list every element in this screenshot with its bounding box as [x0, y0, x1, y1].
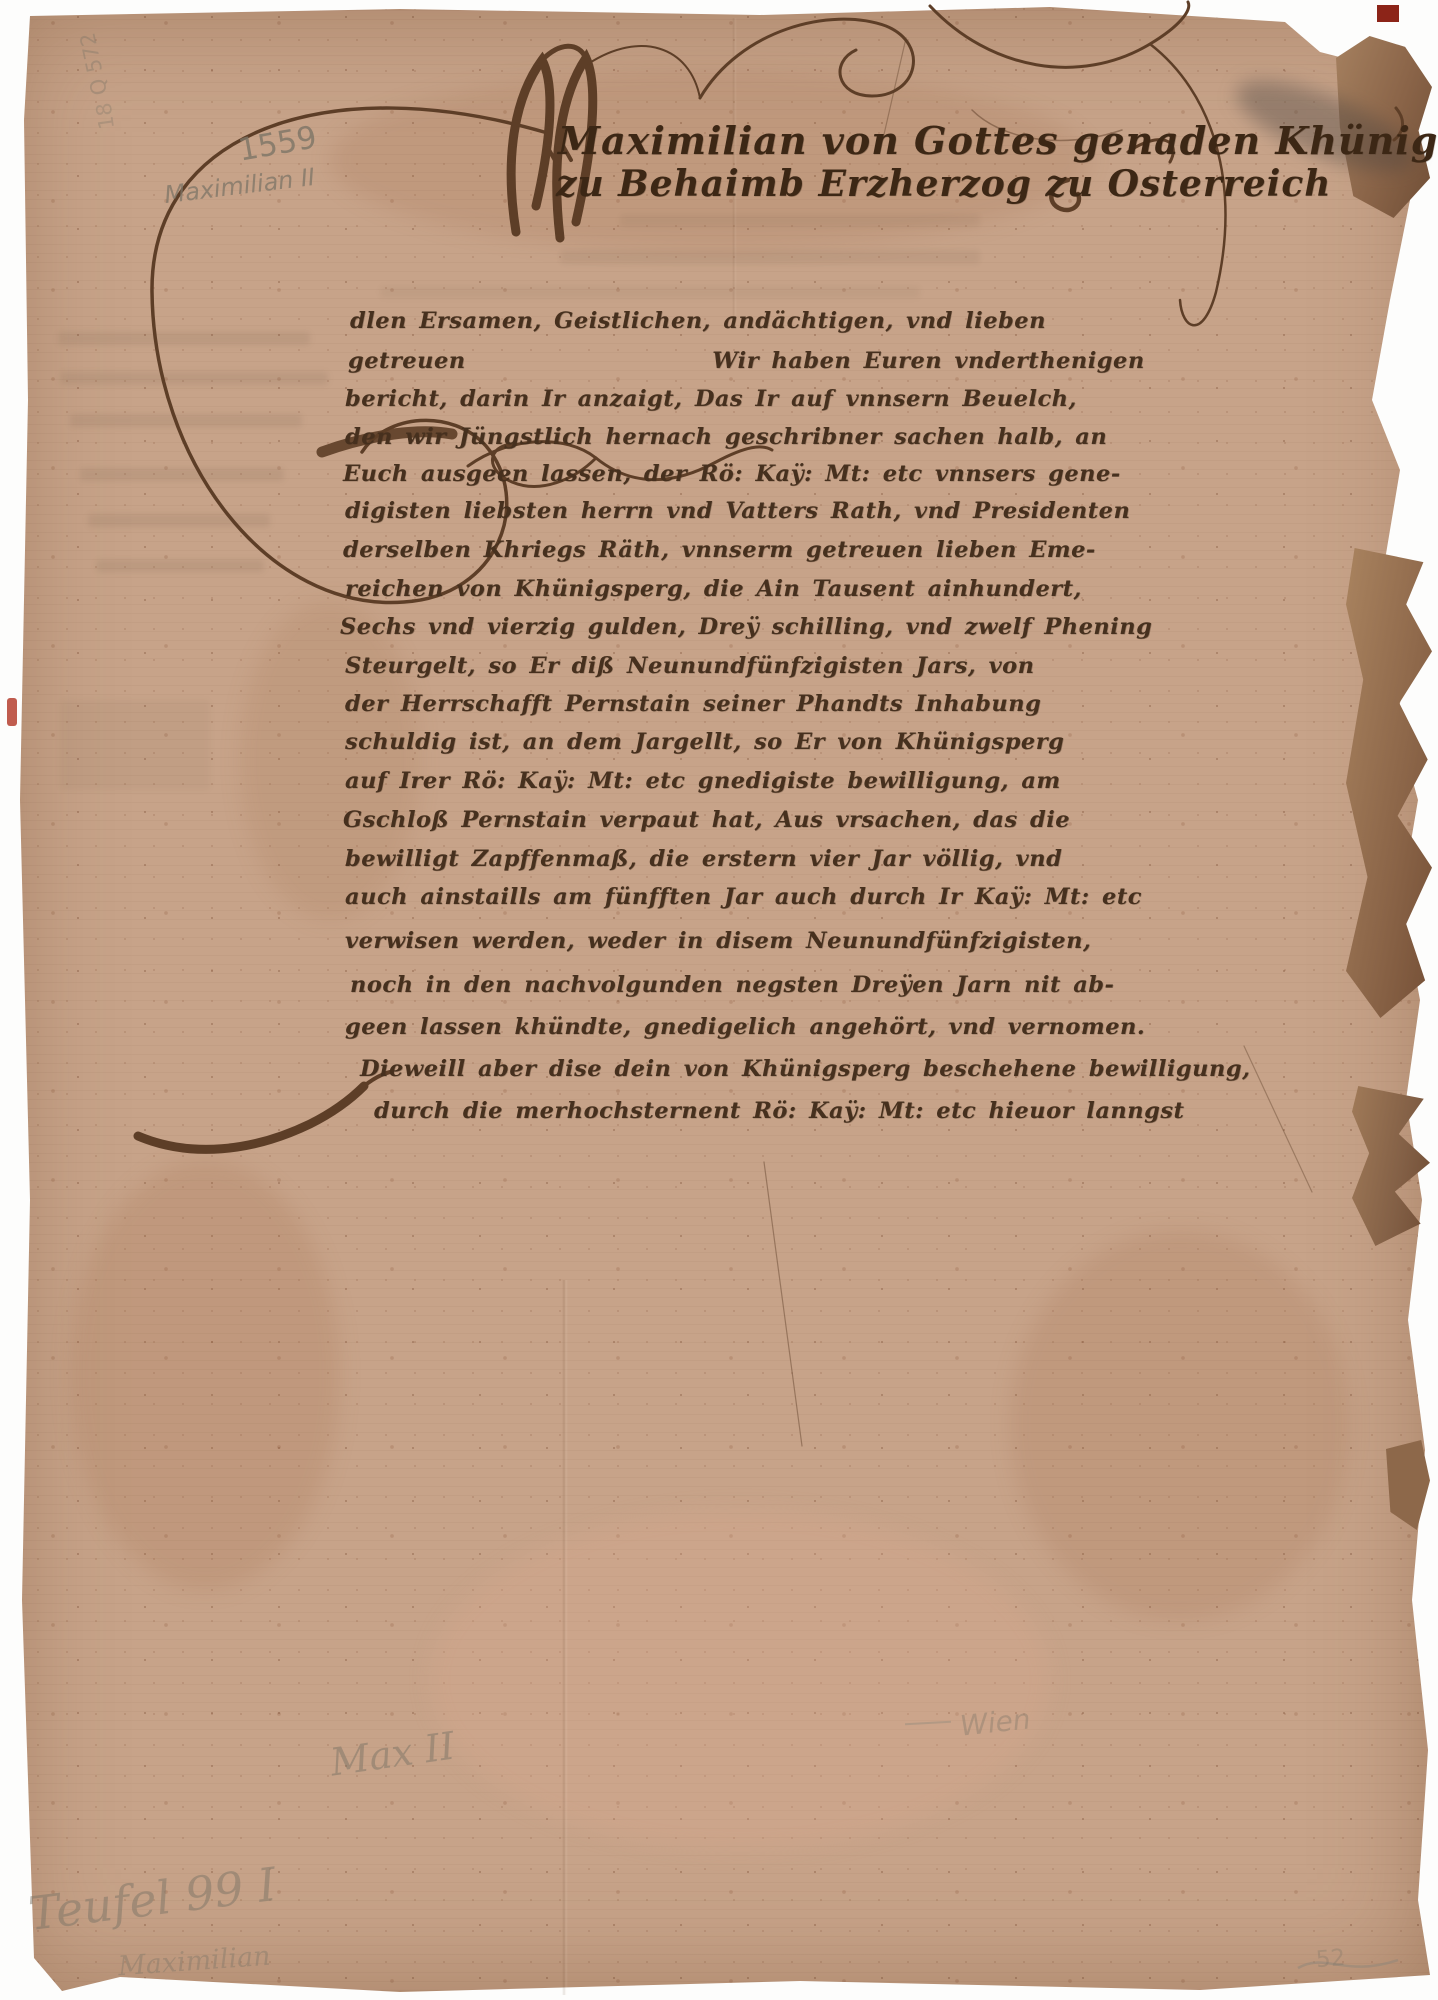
manuscript-line: Euch ausgeen lassen, der Rö: Kaÿ: Mt: et… — [343, 461, 1121, 487]
manuscript-line: Gschloß Pernstain verpaut hat, Aus vrsac… — [343, 807, 1070, 833]
manuscript-line: verwisen werden, weder in disem Neunundf… — [345, 928, 1091, 954]
manuscript-line: reichen von Khünigsperg, die Ain Tausent… — [345, 576, 1082, 602]
paper-sheet — [0, 0, 1438, 2000]
manuscript-line: geen lassen khündte, gnedigelich angehör… — [345, 1014, 1145, 1040]
manuscript-line: Dieweill aber dise dein von Khünigsperg … — [360, 1056, 1250, 1082]
manuscript-scan: Maximilian von Gottes genaden Khünig zu … — [0, 0, 1438, 2000]
heading-line-1: Maximilian von Gottes genaden Khünig — [558, 118, 1438, 163]
manuscript-line: Steurgelt, so Er diß Neunundfünfzigisten… — [345, 653, 1035, 679]
manuscript-line: dlen Ersamen, Geistlichen, andächtigen, … — [350, 308, 1046, 334]
red-mark-top-right — [1377, 5, 1399, 22]
manuscript-line: auch ainstaills am fünfften Jar auch dur… — [345, 884, 1142, 910]
manuscript-line: derselben Khriegs Räth, vnnserm getreuen… — [343, 537, 1096, 563]
manuscript-line: bewilligt Zapffenmaß, die erstern vier J… — [345, 846, 1062, 872]
manuscript-line: durch die merhochsternent Rö: Kaÿ: Mt: e… — [374, 1098, 1184, 1124]
manuscript-line: bericht, darin Ir anzaigt, Das Ir auf vn… — [345, 386, 1077, 412]
pencil-inventory-mark-2: 18 — [92, 101, 119, 131]
manuscript-line: getreuen Wir haben Euren vnderthenigen — [348, 348, 1145, 374]
manuscript-line: schuldig ist, an dem Jargellt, so Er von… — [345, 729, 1064, 755]
manuscript-line: den wir Jüngstlich hernach geschribner s… — [345, 424, 1107, 450]
pencil-bottom-right-corner: 52 — [1315, 1945, 1346, 1973]
heading-line-2: zu Behaimb Erzherzog zu Osterreich — [556, 163, 1331, 205]
manuscript-line: auf Irer Rö: Kaÿ: Mt: etc gnedigiste bew… — [345, 768, 1061, 794]
red-mark-left-edge — [7, 698, 17, 726]
manuscript-line: Sechs vnd vierzig gulden, Dreÿ schilling… — [340, 614, 1152, 640]
manuscript-line: digisten liebsten herrn vnd Vatters Rath… — [345, 498, 1130, 524]
manuscript-line: der Herrschafft Pernstain seiner Phandts… — [345, 691, 1041, 717]
manuscript-line: noch in den nachvolgunden negsten Dreÿen… — [350, 972, 1114, 998]
